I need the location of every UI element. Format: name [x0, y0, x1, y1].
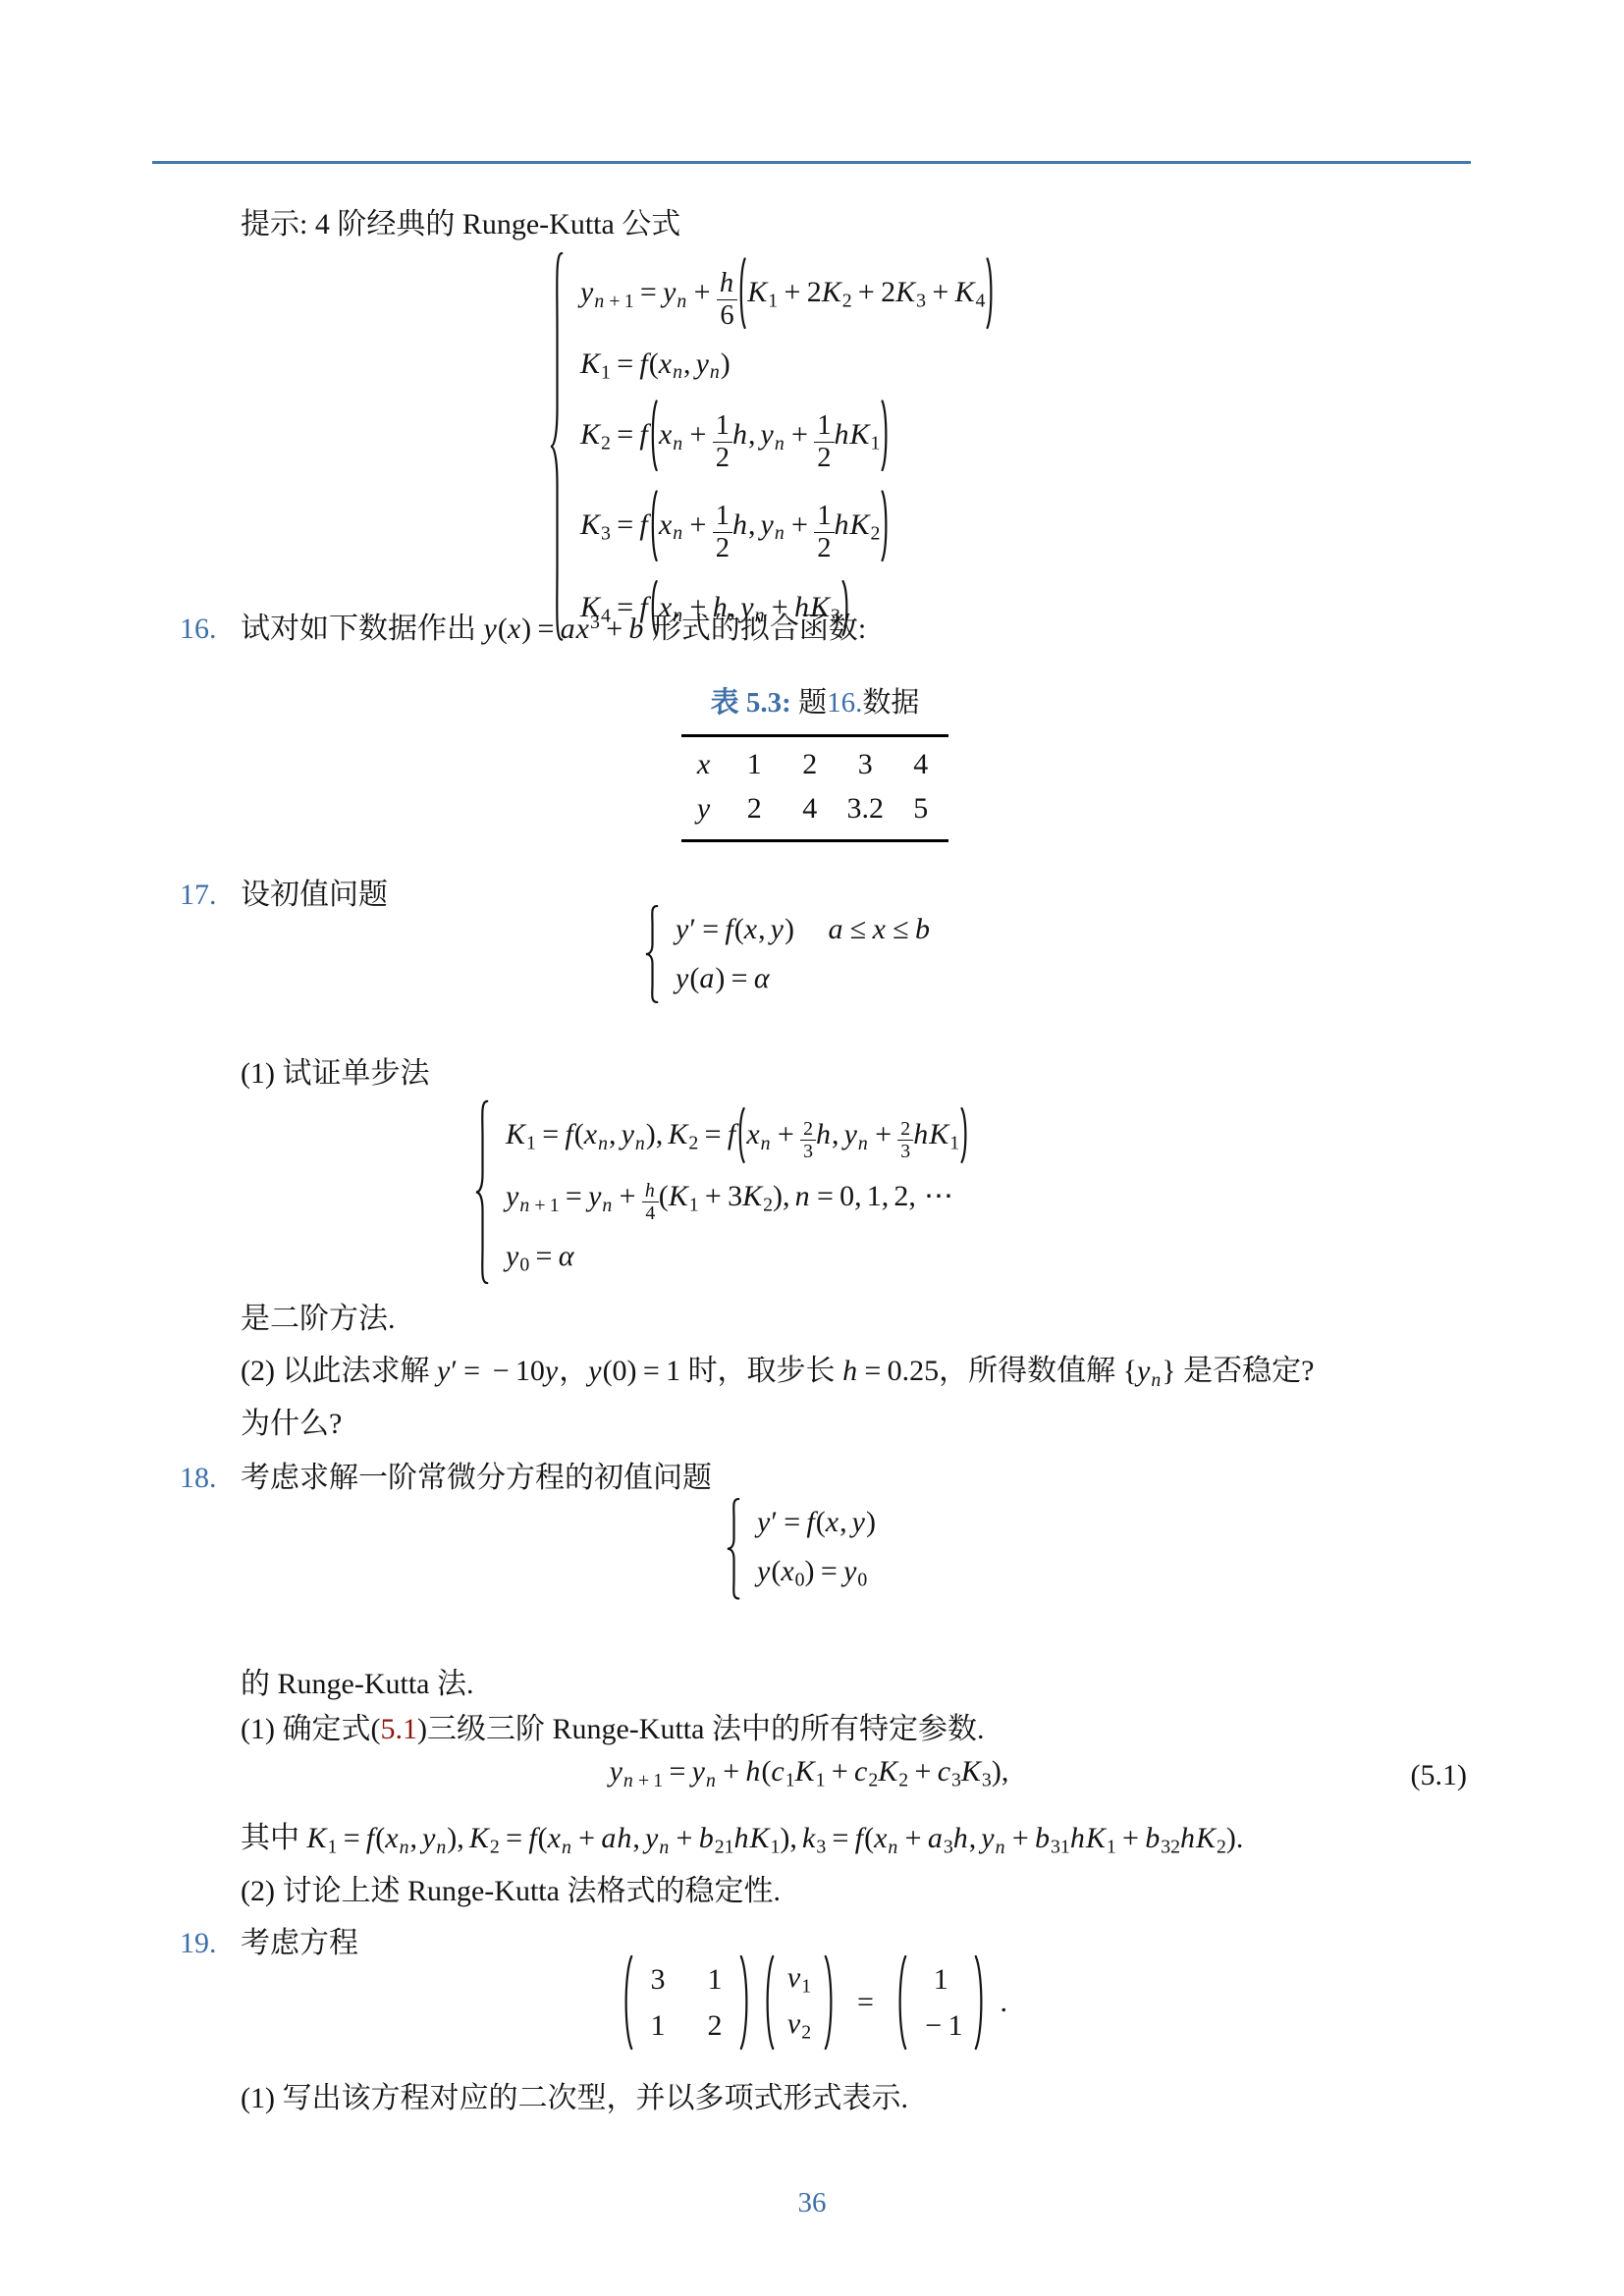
hint-paragraph: 提示: 4 阶经典的 Runge-Kutta 公式	[241, 199, 680, 242]
matrix-cell: 2	[702, 2009, 728, 2043]
big-right-paren	[880, 490, 890, 562]
fraction: h4	[642, 1180, 659, 1224]
problem-17: 17.设初值问题	[180, 870, 388, 913]
big-left-paren	[649, 490, 659, 562]
left-curly-brace	[643, 905, 662, 1003]
text-run: 提示: 4 阶经典的 Runge-Kutta 公式	[241, 208, 680, 240]
table-caption: 表 5.3: 题16.数据	[633, 680, 997, 721]
part1-18: (1) 确定式(5.1)三级三阶 Runge-Kutta 法中的所有特定参数.	[241, 1704, 984, 1747]
text-run: (2) 讨论上述 Runge-Kutta 法格式的稳定性.	[241, 1875, 781, 1907]
matrix-cell: 1	[645, 2009, 671, 2043]
inline-math: y′=−10y	[437, 1355, 559, 1387]
fraction: 23	[897, 1118, 913, 1162]
text-run: 为什么?	[241, 1408, 342, 1440]
problem-statement: 考虑求解一阶常微分方程的初值问题	[241, 1462, 712, 1494]
curly-brace-glyph	[473, 1099, 492, 1285]
inline-math: y(0)=1	[588, 1355, 680, 1387]
problem-statement: 试对如下数据作出 y(x)=ax3+b 形式的拟合函数:	[241, 613, 866, 645]
single-step-method-system: K1=f(xn,yn),K2=fxn+23h,yn+23hK1yn+1=yn+h…	[473, 1099, 969, 1285]
equation-line: yn+1=yn+h4(K1+3K2),n=0,1,2,⋯	[506, 1171, 969, 1232]
equation-content: yn+1=yn+h(c1K1+c2K2+c3K3),	[610, 1755, 1014, 1788]
equation-line: K3=fxn+12h,yn+12hK2	[580, 482, 996, 572]
equation-line: K1=f(xn,yn),K2=fxn+23h,yn+23hK1	[506, 1099, 969, 1171]
matrix-row: v1	[786, 1956, 812, 2002]
matrix-right-paren	[972, 1954, 987, 2051]
text-run: 考虑求解一阶常微分方程的初值问题	[241, 1462, 712, 1494]
text-run: 时，取步长	[680, 1355, 842, 1387]
text-run: (1) 写出该方程对应的二次型，并以多项式形式表示.	[241, 2082, 908, 2114]
text-run: ，所得数值解	[939, 1355, 1123, 1387]
left-curly-brace	[725, 1498, 743, 1600]
text-run: (1) 确定式(	[241, 1713, 380, 1745]
table-row: y243.25	[681, 786, 948, 830]
big-right-paren	[985, 257, 995, 330]
matrix-row: −1	[919, 2002, 963, 2049]
text-run: 设初值问题	[241, 879, 388, 911]
header-rule	[152, 161, 1471, 164]
text-run: 其中	[241, 1822, 307, 1854]
equation-line: y0=α	[506, 1232, 969, 1285]
curly-brace-glyph	[725, 1498, 743, 1600]
part2-17: (2) 以此法求解 y′=−10y，y(0)=1 时，取步长 h=0.25，所得…	[241, 1346, 1314, 1392]
matrix-cell: 1	[702, 1963, 728, 1997]
left-curly-brace	[548, 249, 567, 644]
matrix-row: 31	[645, 1956, 728, 2002]
page-number: 36	[0, 2187, 1624, 2219]
text-run: (1) 试证单步法	[241, 1057, 429, 1090]
matrix-left-paren	[762, 1954, 777, 2051]
problem-number: 16.	[180, 613, 241, 646]
equals-sign: =	[857, 1986, 874, 2019]
table-cell: 3	[838, 748, 893, 781]
big-left-paren	[736, 1107, 746, 1163]
matrix-cell: v2	[786, 2007, 812, 2045]
equation-line: K2=fxn+12h,yn+12hK1	[580, 392, 996, 482]
text-run: )三级三阶 Runge-Kutta 法中的所有特定参数.	[417, 1713, 984, 1745]
conclusion-17: 是二阶方法.	[241, 1294, 396, 1337]
part2-18: (2) 讨论上述 Runge-Kutta 法格式的稳定性.	[241, 1866, 781, 1909]
text-run: 的 Runge-Kutta 法.	[241, 1668, 473, 1700]
table-16-block: 表 5.3: 题16.数据 x1234y243.25	[633, 680, 997, 842]
fraction: 12	[814, 501, 834, 564]
problem-number: 17.	[180, 879, 241, 912]
equation-label: (5.1)	[1411, 1759, 1467, 1792]
text-run: 题	[791, 687, 827, 719]
inline-math: {yn}	[1123, 1355, 1176, 1387]
table-cell: 1	[727, 748, 783, 781]
caption-label: 表 5.3:	[711, 687, 791, 719]
matrix-row: 1	[919, 1956, 963, 2002]
ivp-system-17: y′=f(x,y)a≤x≤by(a)=α	[643, 905, 931, 1003]
equation-line: y(a)=α	[676, 954, 931, 1003]
problem-statement: 设初值问题	[241, 879, 388, 911]
table-cell: 5	[893, 792, 949, 826]
text-run: 是二阶方法.	[241, 1303, 396, 1335]
curly-brace-glyph	[643, 905, 662, 1003]
inline-math: h=0.25	[842, 1355, 939, 1387]
rhs-vector: 1−1	[894, 1954, 988, 2051]
fraction: 12	[814, 410, 834, 474]
equation-line: y′=f(x,y)	[757, 1498, 876, 1547]
table-cell: 3.2	[838, 792, 893, 826]
table-cell: 4	[893, 748, 949, 781]
unknown-vector: v1v2	[762, 1954, 837, 2051]
fraction: 12	[713, 410, 732, 474]
left-curly-brace	[473, 1099, 492, 1285]
fraction: h6	[717, 268, 737, 332]
fraction: 23	[800, 1118, 816, 1162]
matrix-cell: 3	[645, 1963, 671, 1997]
table-cell: 4	[783, 792, 839, 826]
equation-line: y(x0)=y0	[757, 1547, 876, 1600]
part1-19: (1) 写出该方程对应的二次型，并以多项式形式表示.	[241, 2073, 908, 2116]
equation-line: yn+1=yn+h6K1+2K2+2K3+K4	[580, 249, 996, 340]
after-system-18: 的 Runge-Kutta 法.	[241, 1659, 473, 1702]
problem-18: 18.考虑求解一阶常微分方程的初值问题	[180, 1453, 712, 1496]
text-run: 试对如下数据作出	[241, 613, 484, 645]
text-run: (2) 以此法求解	[241, 1355, 437, 1387]
big-right-paren	[880, 400, 890, 472]
equation-line: y′=f(x,y)a≤x≤b	[676, 905, 931, 954]
fraction: 12	[713, 501, 732, 564]
curly-brace-glyph	[548, 249, 567, 644]
problem-number: 18.	[180, 1462, 241, 1495]
text-run: 是否稳定?	[1176, 1355, 1315, 1387]
equation-line: K1=f(xn,yn)	[580, 340, 996, 393]
part1-label-17: (1) 试证单步法	[241, 1048, 429, 1092]
table-cell: 2	[727, 792, 783, 826]
matrix-cell: v1	[786, 1961, 812, 1999]
sentence-period: .	[1000, 1986, 1007, 2019]
ivp-system-18: y′=f(x,y)y(x0)=y0	[725, 1498, 876, 1600]
cross-reference-link[interactable]: 5.1	[380, 1713, 417, 1745]
big-left-paren	[737, 257, 747, 330]
text-run: 形式的拟合函数:	[644, 613, 866, 645]
equation-5-1: yn+1=yn+h(c1K1+c2K2+c3K3), (5.1)	[152, 1755, 1471, 1792]
coefficient-matrix: 3112	[621, 1954, 752, 2051]
table-cell: y	[681, 792, 727, 826]
part2-cont-17: 为什么?	[241, 1399, 342, 1442]
data-table: x1234y243.25	[681, 734, 948, 842]
big-left-paren	[649, 400, 659, 472]
matrix-left-paren	[894, 1954, 909, 2051]
text-run: 数据	[862, 687, 919, 719]
matrix-right-paren	[737, 1954, 752, 2051]
matrix-equation-19: 3112v1v2=1−1.	[152, 1949, 1471, 2056]
matrix-cell: 1	[928, 1963, 953, 1997]
table-cell: 2	[783, 748, 839, 781]
inline-math: K1=f(xn,yn),K2=f(xn+ah,yn+b21hK1),k3=f(x…	[307, 1822, 1244, 1854]
problem-16: 16.试对如下数据作出 y(x)=ax3+b 形式的拟合函数:	[180, 604, 866, 647]
matrix-cell: −1	[919, 2009, 963, 2043]
table-row: x1234	[681, 742, 948, 786]
inline-math: y(x)=ax3+b	[484, 613, 645, 645]
cross-reference-link[interactable]: 16.	[827, 687, 862, 719]
text-run: ，	[559, 1355, 588, 1387]
big-right-paren	[959, 1107, 969, 1163]
where-line-18: 其中 K1=f(xn,yn),K2=f(xn+ah,yn+b21hK1),k3=…	[241, 1813, 1243, 1859]
table-cell: x	[681, 748, 727, 781]
rk4-equation-system: yn+1=yn+h6K1+2K2+2K3+K4K1=f(xn,yn)K2=fxn…	[548, 249, 996, 644]
document-page: 提示: 4 阶经典的 Runge-Kutta 公式 yn+1=yn+h6K1+2…	[0, 0, 1624, 2296]
matrix-right-paren	[822, 1954, 837, 2051]
matrix-row: 12	[645, 2002, 728, 2049]
matrix-left-paren	[621, 1954, 635, 2051]
matrix-row: v2	[786, 2002, 812, 2049]
